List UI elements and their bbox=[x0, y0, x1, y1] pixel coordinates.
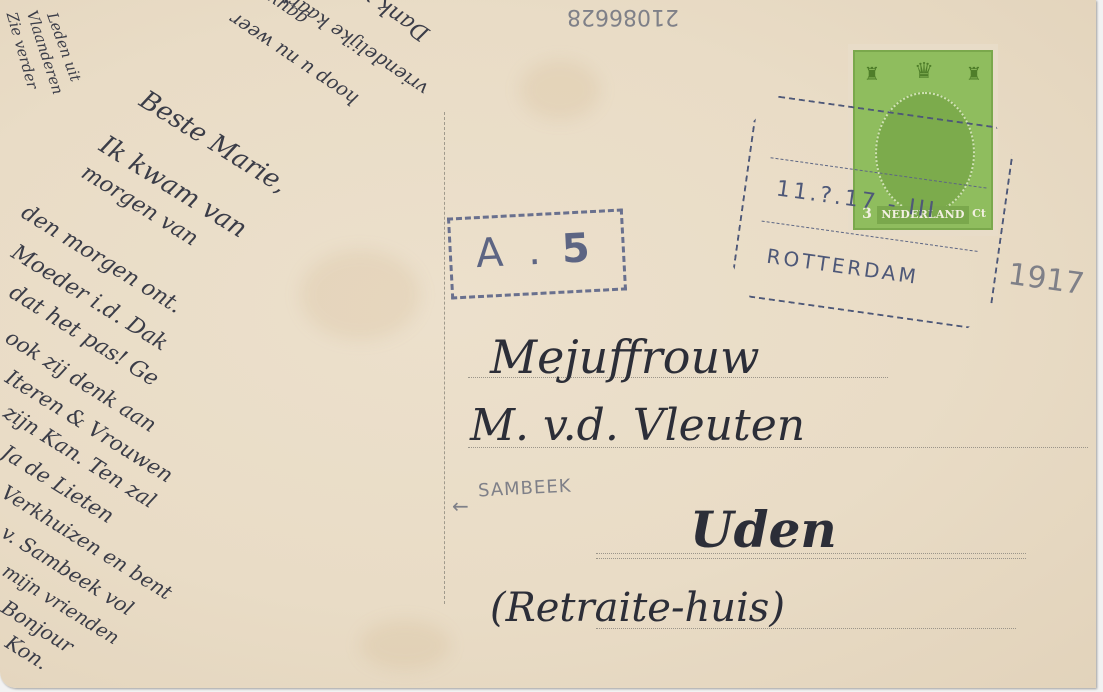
address-line-3: Uden bbox=[690, 500, 837, 559]
pencil-arrow-icon: ← bbox=[452, 494, 469, 518]
postcard: 21086628 Dank voor vriendelijke kaart en… bbox=[0, 0, 1096, 688]
crown-icon: ♛ bbox=[907, 60, 941, 84]
postmark-date: 11.?.17 - III bbox=[775, 176, 939, 223]
box-stamp: A . 5 bbox=[447, 208, 627, 299]
address-line-4: (Retraite-huis) bbox=[490, 585, 785, 631]
postmark: 11.?.17 - III ROTTERDAM bbox=[729, 93, 1017, 331]
box-stamp-number: 5 bbox=[561, 225, 591, 272]
address-line-2: M. v.d. Vleuten bbox=[470, 400, 805, 451]
coat-of-arms-icon: ♜ bbox=[963, 64, 985, 98]
archive-number: 21086628 bbox=[548, 4, 698, 29]
coat-of-arms-icon: ♜ bbox=[861, 64, 883, 98]
box-stamp-letter: A bbox=[475, 230, 505, 277]
box-stamp-dot: . bbox=[527, 228, 542, 275]
paper-stain bbox=[520, 60, 600, 120]
pencil-place: SAMBEEK bbox=[478, 476, 572, 502]
message-area: Dank voor vriendelijke kaart en ik hoop … bbox=[0, 0, 460, 688]
pencil-year: 1917 bbox=[1006, 257, 1086, 302]
postmark-city: ROTTERDAM bbox=[765, 244, 920, 289]
address-line-1: Mejuffrouw bbox=[490, 330, 760, 384]
